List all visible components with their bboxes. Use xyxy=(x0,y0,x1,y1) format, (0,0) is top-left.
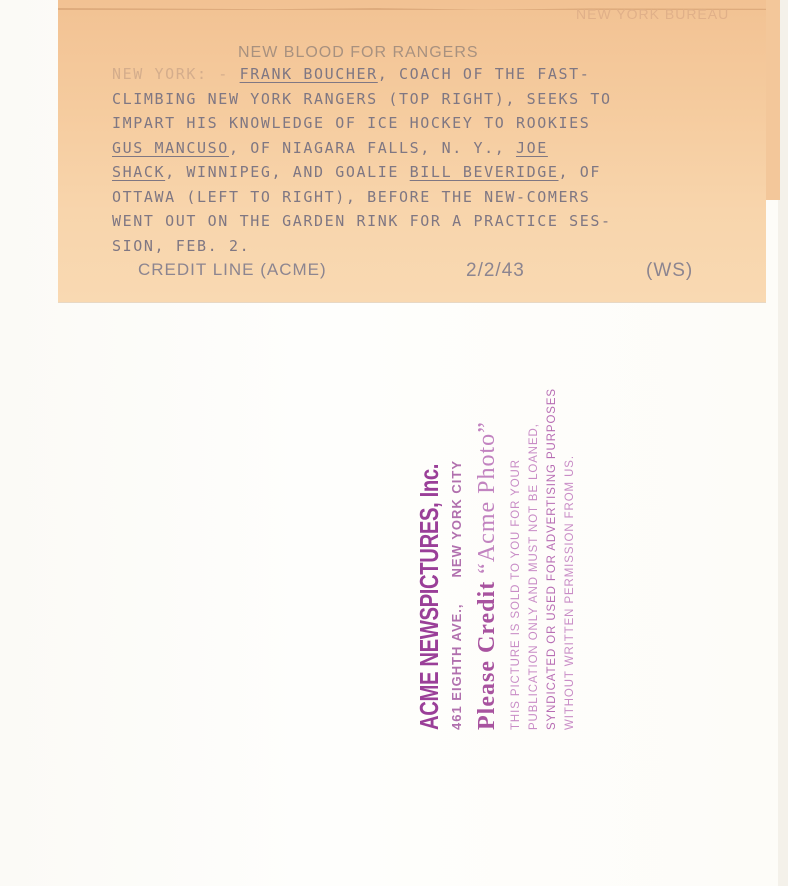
caption-headline: NEW BLOOD FOR RANGERS xyxy=(238,44,479,62)
caption-line: WENT OUT ON THE GARDEN RINK FOR A PRACTI… xyxy=(112,209,762,234)
stamp-city: NEW YORK CITY xyxy=(449,460,464,578)
caption-line: GUS MANCUSO, OF NIAGARA FALLS, N. Y., JO… xyxy=(112,136,762,161)
caption-line: SION, FEB. 2. xyxy=(112,234,762,259)
caption-line: OTTAWA (LEFT TO RIGHT), BEFORE THE NEW-C… xyxy=(112,185,762,210)
stamp-address: 461 EIGHTH AVE.,NEW YORK CITY xyxy=(446,380,468,730)
bureau-label: NEW YORK BUREAU xyxy=(576,6,729,22)
caption-line: NEW YORK: - FRANK BOUCHER, COACH OF THE … xyxy=(112,62,762,87)
stamp-notice-line: WITHOUT WRITTEN PERMISSION FROM US. xyxy=(560,398,578,731)
caption-line: CLIMBING NEW YORK RANGERS (TOP RIGHT), S… xyxy=(112,87,762,112)
name-shack: SHACK xyxy=(112,163,165,181)
credit-line: CREDIT LINE (ACME) xyxy=(138,260,327,280)
caption-line: IMPART HIS KNOWLEDGE OF ICE HOCKEY TO RO… xyxy=(112,111,762,136)
caption-initials: (WS) xyxy=(646,260,693,282)
stamp-notice-line: SYNDICATED OR USED FOR ADVERTISING PURPO… xyxy=(542,398,560,731)
stamp-credit: Please Credit “Acme Photo” xyxy=(468,380,506,730)
stamp-notice-line: PUBLICATION ONLY AND MUST NOT BE LOANED, xyxy=(524,398,542,731)
acme-rubber-stamp: ACME NEWSPICTURES, Inc. 461 EIGHTH AVE.,… xyxy=(412,380,578,730)
stamp-notice-line: THIS PICTURE IS SOLD TO YOU FOR YOUR xyxy=(506,398,524,731)
caption-date: 2/2/43 xyxy=(466,260,525,282)
name-frank-boucher: FRANK BOUCHER xyxy=(240,65,378,83)
caption-body: NEW YORK: - FRANK BOUCHER, COACH OF THE … xyxy=(112,62,762,258)
caption-line: SHACK, WINNIPEG, AND GOALIE BILL BEVERID… xyxy=(112,160,762,185)
name-gus-mancuso: GUS MANCUSO xyxy=(112,139,229,157)
stamp-company: ACME NEWSPICTURES, Inc. xyxy=(412,457,446,730)
name-joe: JOE xyxy=(516,139,548,157)
name-bill-beveridge: BILL BEVERIDGE xyxy=(410,163,559,181)
